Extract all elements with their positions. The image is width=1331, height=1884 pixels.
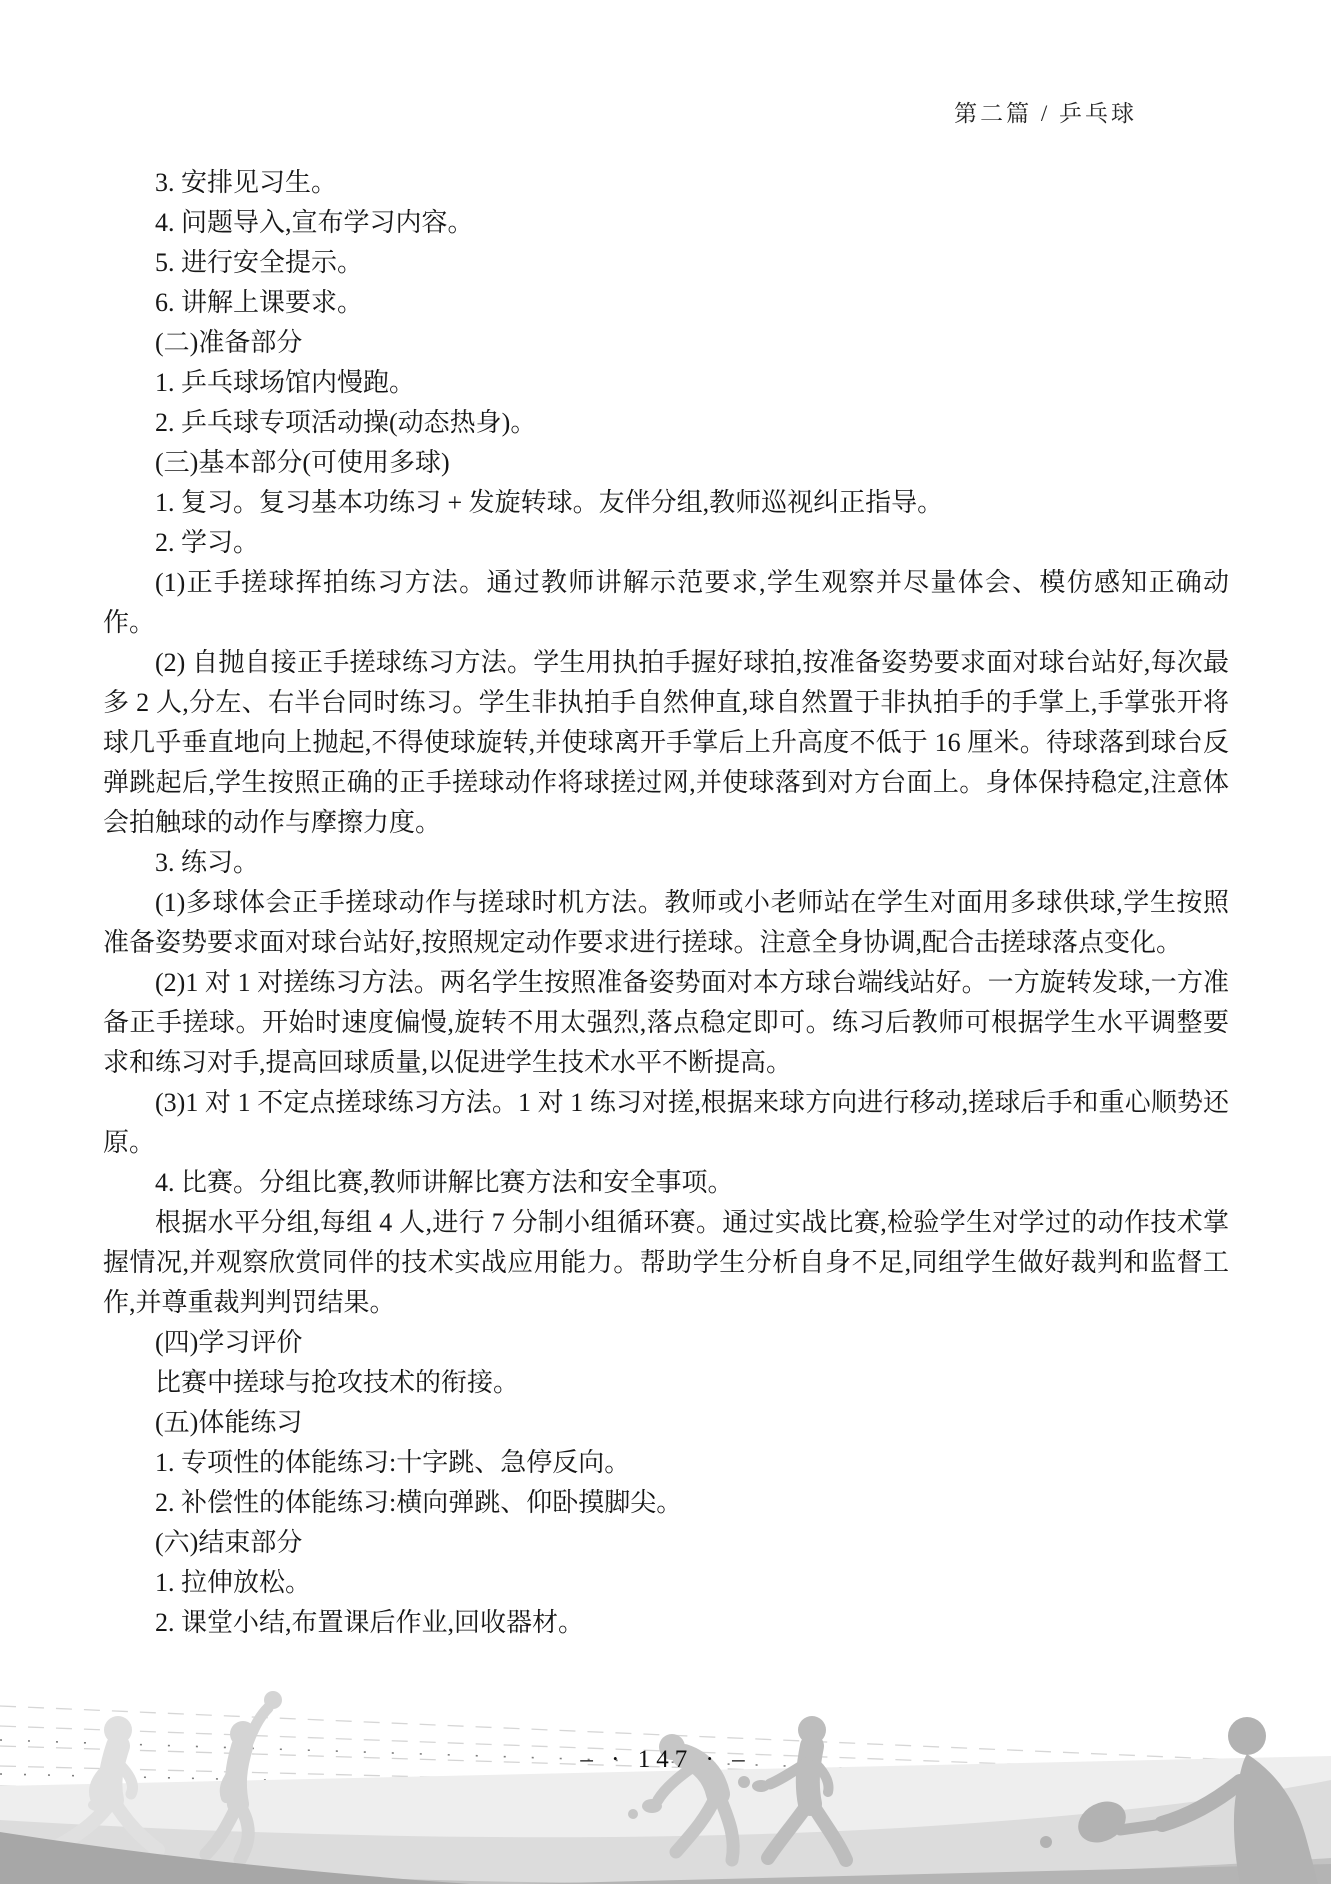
paragraph: (二)准备部分 — [103, 323, 1229, 363]
paragraph: 4. 问题导入,宣布学习内容。 — [103, 203, 1229, 243]
paragraph: (2)1 对 1 对搓练习方法。两名学生按照准备姿势面对本方球台端线站好。一方旋… — [103, 963, 1229, 1083]
paragraph: 1. 专项性的体能练习:十字跳、急停反向。 — [103, 1443, 1229, 1483]
paragraph: 5. 进行安全提示。 — [103, 243, 1229, 283]
paragraph: (2) 自抛自接正手搓球练习方法。学生用执拍手握好球拍,按准备姿势要求面对球台站… — [103, 643, 1229, 843]
paragraph: (3)1 对 1 不定点搓球练习方法。1 对 1 练习对搓,根据来球方向进行移动… — [103, 1083, 1229, 1163]
paragraph: (三)基本部分(可使用多球) — [103, 443, 1229, 483]
paragraph: 1. 乒乓球场馆内慢跑。 — [103, 363, 1229, 403]
paragraph: (四)学习评价 — [103, 1323, 1229, 1363]
textbook-page: { "header": { "running_title": "第二篇 / 乒乓… — [0, 0, 1331, 1884]
paragraph: 6. 讲解上课要求。 — [103, 283, 1229, 323]
paragraph: 1. 拉伸放松。 — [103, 1563, 1229, 1603]
page-body: 3. 安排见习生。4. 问题导入,宣布学习内容。5. 进行安全提示。6. 讲解上… — [103, 163, 1229, 1643]
paragraph: 3. 练习。 — [103, 843, 1229, 883]
paragraph: 4. 比赛。分组比赛,教师讲解比赛方法和安全事项。 — [103, 1163, 1229, 1203]
paragraph: 2. 补偿性的体能练习:横向弹跳、仰卧摸脚尖。 — [103, 1483, 1229, 1523]
paragraph: (1)正手搓球挥拍练习方法。通过教师讲解示范要求,学生观察并尽量体会、模仿感知正… — [103, 563, 1229, 643]
paragraph: 3. 安排见习生。 — [103, 163, 1229, 203]
paragraph: 2. 乒乓球专项活动操(动态热身)。 — [103, 403, 1229, 443]
paragraph: (1)多球体会正手搓球动作与搓球时机方法。教师或小老师站在学生对面用多球供球,学… — [103, 883, 1229, 963]
paragraph: 比赛中搓球与抢攻技术的衔接。 — [103, 1363, 1229, 1403]
paragraph: 1. 复习。复习基本功练习 + 发旋转球。友伴分组,教师巡视纠正指导。 — [103, 483, 1229, 523]
paragraph: 2. 学习。 — [103, 523, 1229, 563]
paragraph: (五)体能练习 — [103, 1403, 1229, 1443]
paragraph: 根据水平分组,每组 4 人,进行 7 分制小组循环赛。通过实战比赛,检验学生对学… — [103, 1203, 1229, 1323]
running-header: 第二篇 / 乒乓球 — [954, 95, 1137, 128]
paragraph: (六)结束部分 — [103, 1523, 1229, 1563]
page-number: – · 147 · – — [0, 1746, 1331, 1774]
